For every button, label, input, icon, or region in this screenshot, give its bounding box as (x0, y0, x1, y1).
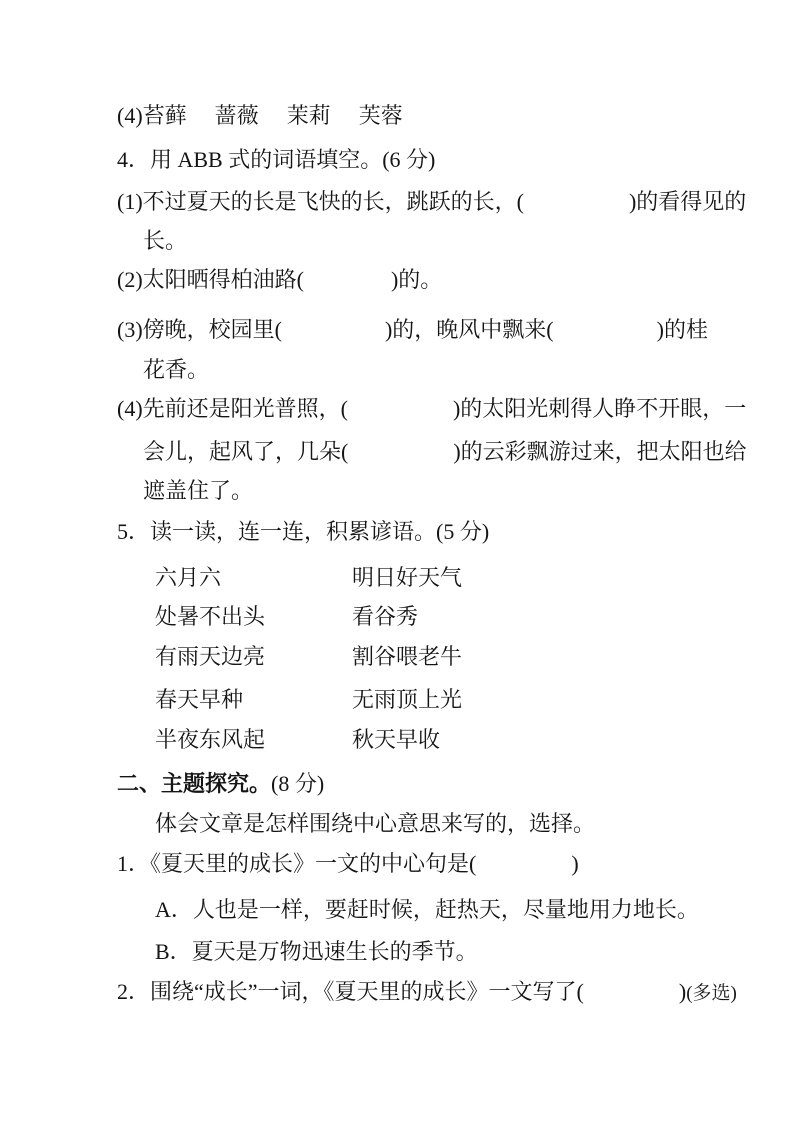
s2-q2-pre: 2．围绕“成长”一词，《夏天里的成长》一文写了( (117, 979, 584, 1004)
flower-word-2: 蔷薇 (215, 103, 259, 128)
q4-item3-line2: 花香。 (143, 357, 209, 382)
q4-item4-cont2: 遮盖住了。 (143, 478, 253, 503)
section2-heading-text: 二、主题探究。 (117, 771, 271, 796)
flower-word-row: (4)苔藓蔷薇茉莉芙蓉 (117, 103, 403, 128)
q4-item3-pre: (3)傍晚，校园里( (117, 317, 282, 342)
q4-item3-cont: 花香。 (143, 357, 209, 382)
section2-intro: 体会文章是怎样围绕中心意思来写的，选择。 (155, 811, 595, 836)
q4-item2-post: )的。 (391, 267, 442, 292)
q4-item4-line1: (4)先前还是阳光普照，()的太阳光刺得人睁不开眼，一 (117, 396, 746, 421)
s2-q1-pre: 1．《夏天里的成长》一文的中心句是( (117, 851, 476, 876)
answer-blank (476, 870, 571, 871)
q4-item1-cont: 长。 (143, 228, 187, 253)
q4-item2-line: (2)太阳晒得柏油路()的。 (117, 267, 442, 292)
section2-intro-text: 体会文章是怎样围绕中心意思来写的，选择。 (155, 811, 595, 836)
section2-heading-score: (8 分) (271, 771, 324, 796)
proverb-pair-row: 半夜东风起秋天早收 (155, 727, 440, 752)
s2-q1-option-b: B．夏天是万物迅速生长的季节。 (155, 939, 478, 964)
proverb-right: 看谷秀 (352, 604, 418, 629)
proverb-right: 割谷喂老牛 (352, 644, 462, 669)
s2-question1-line: 1．《夏天里的成长》一文的中心句是() (117, 851, 579, 876)
q4-item1-line1: (1)不过夏天的长是飞快的长，跳跃的长，()的看得见的 (117, 189, 746, 214)
question5-heading-text: 5．读一读，连一连，积累谚语。(5 分) (117, 519, 489, 544)
proverb-pair-row: 处暑不出头看谷秀 (155, 604, 418, 629)
flower-word-4: 芙蓉 (359, 103, 403, 128)
q4-item4-line3: 遮盖住了。 (143, 478, 253, 503)
answer-blank (282, 336, 385, 337)
q4-item3-post: )的桂 (657, 317, 708, 342)
s2-q1-option-b-text: B．夏天是万物迅速生长的季节。 (155, 939, 478, 964)
proverb-right: 秋天早收 (352, 727, 440, 752)
flower-word-3: 茉莉 (287, 103, 331, 128)
proverb-left: 春天早种 (155, 687, 352, 712)
section2-heading: 二、主题探究。(8 分) (117, 771, 324, 796)
answer-blank (524, 208, 629, 209)
q4-item1-post: )的看得见的 (629, 189, 746, 214)
proverb-pair-row: 春天早种无雨顶上光 (155, 687, 462, 712)
proverb-left: 六月六 (155, 565, 352, 590)
q4-item4-cont1-pre: 会儿，起风了，几朵( (143, 439, 348, 464)
q4-item4-cont1-post: )的云彩飘游过来，把太阳也给 (453, 439, 746, 464)
proverb-right: 无雨顶上光 (352, 687, 462, 712)
s2-q1-option-a: A．人也是一样，要赶时候，赶热天，尽量地用力地长。 (155, 897, 699, 922)
worksheet-page: (4)苔藓蔷薇茉莉芙蓉 4．用 ABB 式的词语填空。(6 分) (1)不过夏天… (0, 0, 793, 1122)
q4-item3-mid: )的，晚风中飘来( (385, 317, 554, 342)
s2-q1-post: ) (571, 851, 578, 876)
answer-blank (348, 458, 453, 459)
s2-q1-option-a-text: A．人也是一样，要赶时候，赶热天，尽量地用力地长。 (155, 897, 699, 922)
flower-row-label: (4) (117, 103, 143, 128)
proverb-right: 明日好天气 (352, 565, 462, 590)
q4-item4-line2: 会儿，起风了，几朵()的云彩飘游过来，把太阳也给 (143, 439, 747, 464)
q4-item3-line1: (3)傍晚，校园里()的，晚风中飘来()的桂 (117, 317, 708, 342)
question4-heading: 4．用 ABB 式的词语填空。(6 分) (117, 147, 435, 172)
answer-blank (348, 415, 453, 416)
question4-heading-text: 4．用 ABB 式的词语填空。(6 分) (117, 147, 435, 172)
question5-heading: 5．读一读，连一连，积累谚语。(5 分) (117, 519, 489, 544)
s2-question2-line: 2．围绕“成长”一词，《夏天里的成长》一文写了()(多选) (117, 979, 737, 1005)
proverb-left: 有雨天边亮 (155, 644, 352, 669)
q4-item2-pre: (2)太阳晒得柏油路( (117, 267, 304, 292)
proverb-left: 处暑不出头 (155, 604, 352, 629)
flower-word-1: 苔藓 (143, 103, 187, 128)
answer-blank (304, 286, 391, 287)
q4-item1-line2: 长。 (143, 228, 187, 253)
answer-blank (554, 336, 657, 337)
q4-item4-post: )的太阳光刺得人睁不开眼，一 (453, 396, 746, 421)
proverb-left: 半夜东风起 (155, 727, 352, 752)
proverb-pair-row: 六月六明日好天气 (155, 565, 462, 590)
multi-select-note: (多选) (686, 983, 737, 1004)
q4-item1-pre: (1)不过夏天的长是飞快的长，跳跃的长，( (117, 189, 524, 214)
proverb-pair-row: 有雨天边亮割谷喂老牛 (155, 644, 462, 669)
answer-blank (584, 998, 679, 999)
q4-item4-pre: (4)先前还是阳光普照，( (117, 396, 348, 421)
